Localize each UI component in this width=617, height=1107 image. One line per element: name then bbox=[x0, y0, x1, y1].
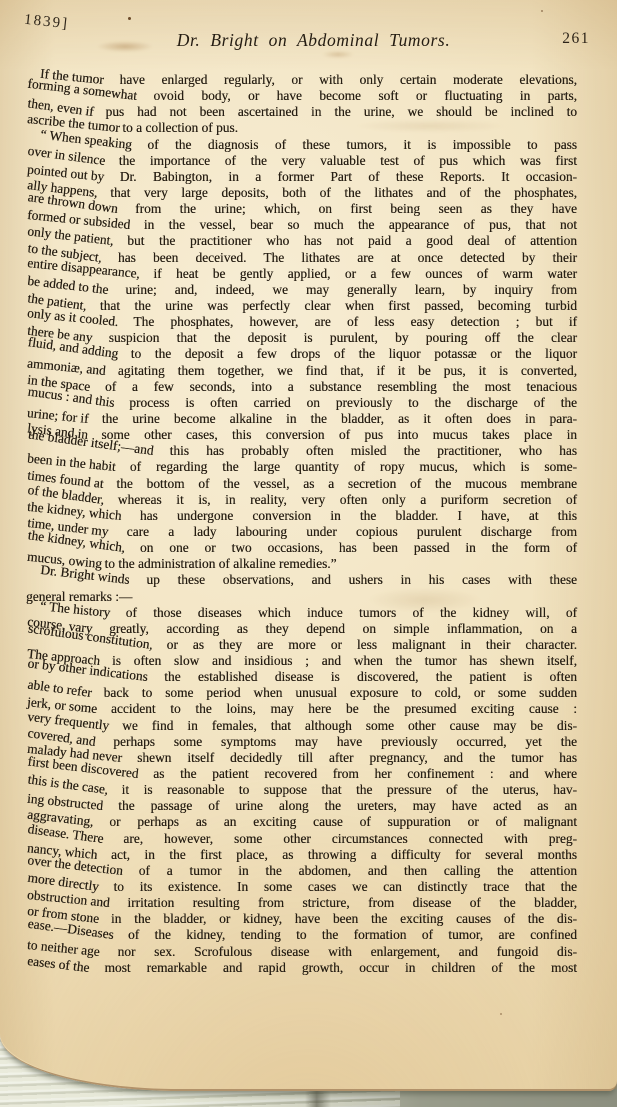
foxing-speck bbox=[541, 10, 543, 12]
text-line: formed or subsided in the vessel, bear s… bbox=[26, 217, 577, 233]
text-line: only as it cooled. The phosphates, howev… bbox=[26, 314, 577, 330]
text-line: entire disappearance, if heat be gently … bbox=[26, 266, 577, 282]
running-title: Dr. Bright on Abdominal Tumors. bbox=[0, 0, 617, 51]
text-line: the kidney, which has undergone conversi… bbox=[26, 508, 577, 524]
text-line: jerk, or some accident to the loins, may… bbox=[26, 701, 577, 717]
text-line: scrofulous constitution, or as they are … bbox=[26, 637, 577, 653]
scanned-page: 1839] Dr. Bright on Abdominal Tumors. 26… bbox=[0, 0, 617, 1107]
foxing-speck bbox=[500, 1013, 502, 1015]
text-line: over in silence the importance of the ve… bbox=[26, 153, 577, 169]
text-line: mucus : and this process is often carrie… bbox=[26, 395, 577, 411]
text-line: be added to the urine; and, indeed, we m… bbox=[26, 282, 577, 298]
text-line: or by other indications the established … bbox=[26, 669, 577, 685]
text-line: fluid, and adding to the deposit a few d… bbox=[26, 346, 577, 362]
text-line: in the space of a few seconds, into a su… bbox=[26, 379, 577, 395]
text-line: “ When speaking of the diagnosis of thes… bbox=[26, 137, 577, 153]
text-line: covered, and perhaps some symptoms may h… bbox=[26, 734, 577, 750]
text-line: urine; for if the urine become alkaline … bbox=[26, 411, 577, 427]
text-line: the kidney, which, on one or two occasio… bbox=[26, 540, 577, 556]
text-line: eases of the most remarkable and rapid g… bbox=[26, 960, 577, 976]
text-line: “ The history of those diseases which in… bbox=[26, 605, 577, 621]
text-line: the bladder itself;—and this has probabl… bbox=[26, 443, 577, 459]
text-line: the patient, that the urine was perfectl… bbox=[26, 298, 577, 314]
text-line: Dr. Bright winds up these observations, … bbox=[26, 572, 577, 588]
running-header: 1839] Dr. Bright on Abdominal Tumors. 26… bbox=[0, 0, 617, 62]
text-line: ammoniæ, and agitating them together, we… bbox=[26, 363, 577, 379]
text-line: to neither age nor sex. Scrofulous disea… bbox=[26, 944, 577, 960]
text-line: first been discovered as the patient rec… bbox=[26, 766, 577, 782]
text-line: times found at the bottom of the vessel,… bbox=[26, 476, 577, 492]
text-line: been in the habit of regarding the large… bbox=[26, 459, 577, 475]
book-page: 1839] Dr. Bright on Abdominal Tumors. 26… bbox=[0, 0, 617, 1091]
text-line: only the patient, but the practitioner w… bbox=[26, 233, 577, 249]
page-text: If the tumor have enlarged regularly, or… bbox=[26, 72, 577, 976]
text-line: ing obstructed the passage of urine alon… bbox=[26, 798, 577, 814]
text-line: disease. There are, however, some other … bbox=[26, 831, 577, 847]
text-line: pointed out by Dr. Babington, in a forme… bbox=[26, 169, 577, 185]
text-line: of the bladder, whereas it is, in realit… bbox=[26, 492, 577, 508]
text-line: obstruction and irritation resulting fro… bbox=[26, 895, 577, 911]
text-line: ally happens, that very large deposits, … bbox=[26, 185, 577, 201]
page-number: 261 bbox=[562, 30, 590, 48]
text-line: general remarks :— bbox=[26, 589, 577, 605]
text-line: this is the case, it is reasonable to su… bbox=[26, 782, 577, 798]
text-line: very frequently we find in females, that… bbox=[26, 718, 577, 734]
text-line: or from stone in the bladder, or kidney,… bbox=[26, 911, 577, 927]
text-line: able to refer back to some period when u… bbox=[26, 685, 577, 701]
text-line: more directly to its existence. In some … bbox=[26, 879, 577, 895]
text-line: ease.—Diseases of the kidney, tending to… bbox=[26, 927, 577, 943]
text-line: aggravating, or perhaps as an exciting c… bbox=[26, 814, 577, 830]
text-line: over the detection of a tumor in the abd… bbox=[26, 863, 577, 879]
foxing-speck bbox=[128, 17, 131, 20]
text-line: forming a somewhat ovoid body, or have b… bbox=[26, 88, 577, 104]
